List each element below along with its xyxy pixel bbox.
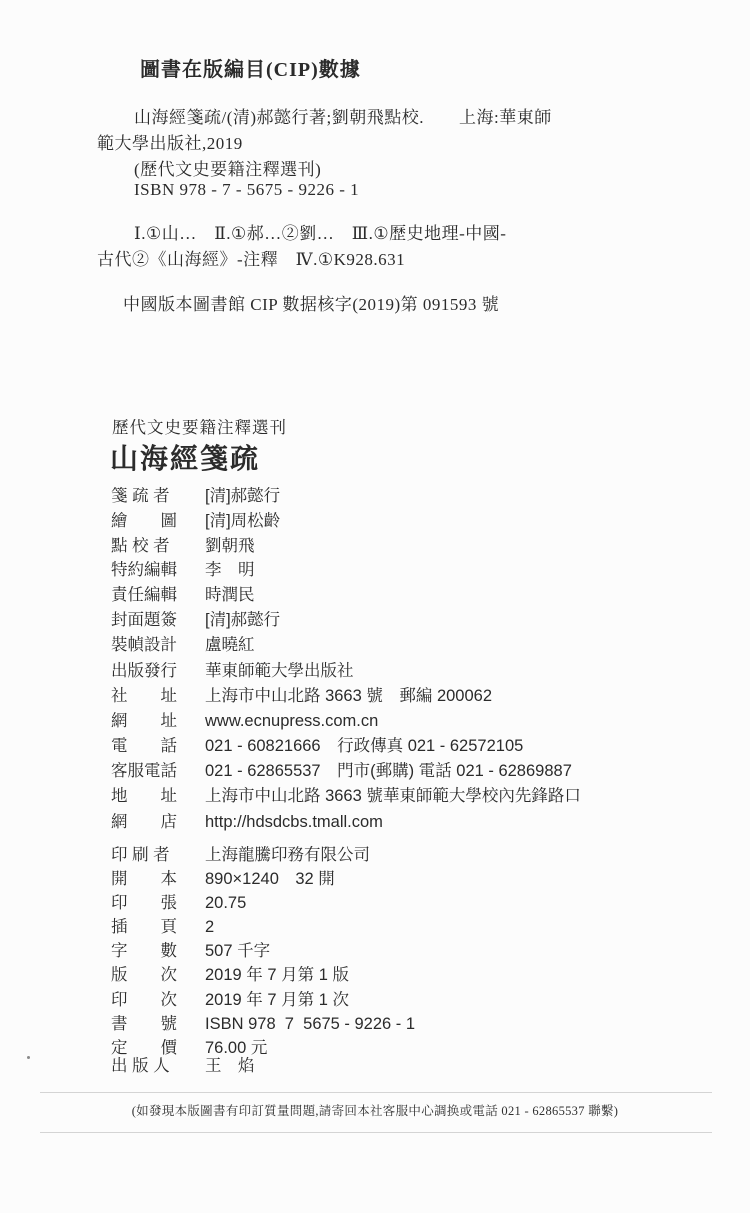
publisher-value: 021 - 60821666 行政傳真 021 - 62572105 — [205, 737, 523, 755]
credit-value: [清]郝懿行 — [205, 487, 280, 505]
publisher-row: 地 址上海市中山北路 3663 號華東師範大學校內先鋒路口 — [111, 784, 581, 809]
publisher-row: 社 址上海市中山北路 3663 號 郵編 200062 — [111, 684, 581, 709]
credits-block: 箋 疏 者[清]郝懿行 繪 圖[清]周松齡 點 校 者劉朝飛 特約編輯李 明 責… — [111, 484, 280, 658]
publisher-label: 網 店 — [111, 810, 179, 835]
footer-divider-bottom — [40, 1132, 712, 1133]
series-name: 歷代文史要籍注釋選刊 — [112, 414, 287, 438]
printing-label: 印 張 — [111, 891, 179, 915]
printing-row: 開 本890×1240 32 開 — [111, 867, 415, 891]
cip-classification-line-2: 古代②《山海經》-注釋 Ⅳ.①K928.631 — [97, 245, 405, 270]
credit-value: 盧曉紅 — [205, 636, 255, 654]
printing-value: 890×1240 32 開 — [205, 870, 335, 888]
printing-label: 插 頁 — [111, 915, 179, 939]
printing-label: 字 數 — [111, 939, 179, 963]
printing-row: 字 數507 千字 — [111, 939, 415, 963]
footer-divider-top — [40, 1092, 712, 1093]
publisher-label: 社 址 — [111, 684, 179, 709]
credit-label: 繪 圖 — [111, 509, 179, 534]
credit-value: [清]周松齡 — [205, 512, 280, 530]
printing-value: 507 千字 — [205, 942, 270, 960]
publisher-row: 電 話021 - 60821666 行政傳真 021 - 62572105 — [111, 734, 581, 759]
credit-value: 李 明 — [205, 561, 255, 579]
printing-label: 版 次 — [111, 963, 179, 987]
printing-block: 印 刷 者上海龍騰印務有限公司 開 本890×1240 32 開 印 張20.7… — [111, 843, 415, 1060]
publisher-label: 電 話 — [111, 734, 179, 759]
publisher-label: 出版發行 — [111, 659, 179, 684]
printing-row: 書 號ISBN 978 7 5675 - 9226 - 1 — [111, 1012, 415, 1036]
cip-record-number: 中國版本圖書館 CIP 數据核字(2019)第 091593 號 — [123, 290, 499, 315]
printing-label: 印 次 — [111, 988, 179, 1012]
credits-row: 箋 疏 者[清]郝懿行 — [111, 484, 280, 509]
cip-classification-line-1: Ⅰ.①山… Ⅱ.①郝…②劉… Ⅲ.①歷史地理-中國- — [134, 219, 506, 244]
printing-value: 2019 年 7 月第 1 次 — [205, 991, 349, 1009]
publisher-row: 網 店http://hdsdcbs.tmall.com — [111, 810, 581, 835]
scan-artifact-dot — [27, 1056, 30, 1059]
printing-row: 印 次2019 年 7 月第 1 次 — [111, 988, 415, 1012]
cip-header: 圖書在版編目(CIP)數據 — [140, 53, 361, 82]
publisher-person-block: 出 版 人王 焰 — [111, 1054, 255, 1078]
colophon-page: 圖書在版編目(CIP)數據 山海經箋疏/(清)郝懿行著;劉朝飛點校. 上海:華東… — [0, 0, 750, 1213]
cip-isbn: ISBN 978 - 7 - 5675 - 9226 - 1 — [134, 180, 359, 200]
credit-label: 特約編輯 — [111, 558, 179, 583]
quality-notice: (如發現本版圖書有印訂質量問題,請寄回本社客服中心調换或電話 021 - 628… — [0, 1101, 750, 1119]
credits-row: 裝幀設計盧曉紅 — [111, 633, 280, 658]
publisher-label: 客服電話 — [111, 759, 179, 784]
book-title: 山海經箋疏 — [110, 437, 260, 477]
publisher-person-value: 王 焰 — [205, 1057, 255, 1075]
printing-value: 上海龍騰印務有限公司 — [205, 846, 370, 864]
credit-label: 箋 疏 者 — [111, 484, 179, 509]
publisher-value: 021 - 62865537 門市(郵購) 電話 021 - 62869887 — [205, 762, 572, 780]
printing-row: 插 頁2 — [111, 915, 415, 939]
publisher-value: http://hdsdcbs.tmall.com — [205, 813, 383, 831]
printing-value: ISBN 978 7 5675 - 9226 - 1 — [205, 1015, 415, 1033]
publisher-value: 華東師範大學出版社 — [205, 662, 354, 680]
credit-label: 點 校 者 — [111, 534, 179, 559]
cip-bibliographic-line-1: 山海經箋疏/(清)郝懿行著;劉朝飛點校. 上海:華東師 — [134, 103, 552, 128]
credits-row: 封面題簽[清]郝懿行 — [111, 608, 280, 633]
publisher-person-label: 出 版 人 — [111, 1054, 179, 1078]
publisher-row: 出版發行華東師範大學出版社 — [111, 659, 581, 684]
printing-label: 印 刷 者 — [111, 843, 179, 867]
publisher-label: 網 址 — [111, 709, 179, 734]
publisher-block: 出版發行華東師範大學出版社 社 址上海市中山北路 3663 號 郵編 20006… — [111, 659, 581, 835]
credit-label: 封面題簽 — [111, 608, 179, 633]
printing-label: 開 本 — [111, 867, 179, 891]
publisher-row: 客服電話021 - 62865537 門市(郵購) 電話 021 - 62869… — [111, 759, 581, 784]
publisher-value: 上海市中山北路 3663 號 郵編 200062 — [205, 687, 492, 705]
printing-value: 2 — [205, 918, 214, 936]
publisher-row: 網 址www.ecnupress.com.cn — [111, 709, 581, 734]
printing-row: 版 次2019 年 7 月第 1 版 — [111, 963, 415, 987]
credit-value: 劉朝飛 — [205, 537, 255, 555]
credit-value: [清]郝懿行 — [205, 611, 280, 629]
credits-row: 特約編輯李 明 — [111, 558, 280, 583]
credit-value: 時潤民 — [205, 586, 255, 604]
publisher-person-row: 出 版 人王 焰 — [111, 1054, 255, 1078]
printing-row: 印 張20.75 — [111, 891, 415, 915]
printing-value: 20.75 — [205, 894, 246, 912]
credits-row: 責任編輯時潤民 — [111, 583, 280, 608]
printing-row: 印 刷 者上海龍騰印務有限公司 — [111, 843, 415, 867]
credit-label: 責任編輯 — [111, 583, 179, 608]
publisher-value: www.ecnupress.com.cn — [205, 712, 378, 730]
printing-label: 書 號 — [111, 1012, 179, 1036]
credits-row: 點 校 者劉朝飛 — [111, 534, 280, 559]
publisher-label: 地 址 — [111, 784, 179, 809]
printing-value: 2019 年 7 月第 1 版 — [205, 966, 349, 984]
credit-label: 裝幀設計 — [111, 633, 179, 658]
credits-row: 繪 圖[清]周松齡 — [111, 509, 280, 534]
publisher-value: 上海市中山北路 3663 號華東師範大學校內先鋒路口 — [205, 787, 581, 805]
cip-bibliographic-line-2: 範大學出版社,2019 — [97, 129, 243, 154]
cip-series-note: (歷代文史要籍注釋選刊) — [134, 155, 321, 180]
